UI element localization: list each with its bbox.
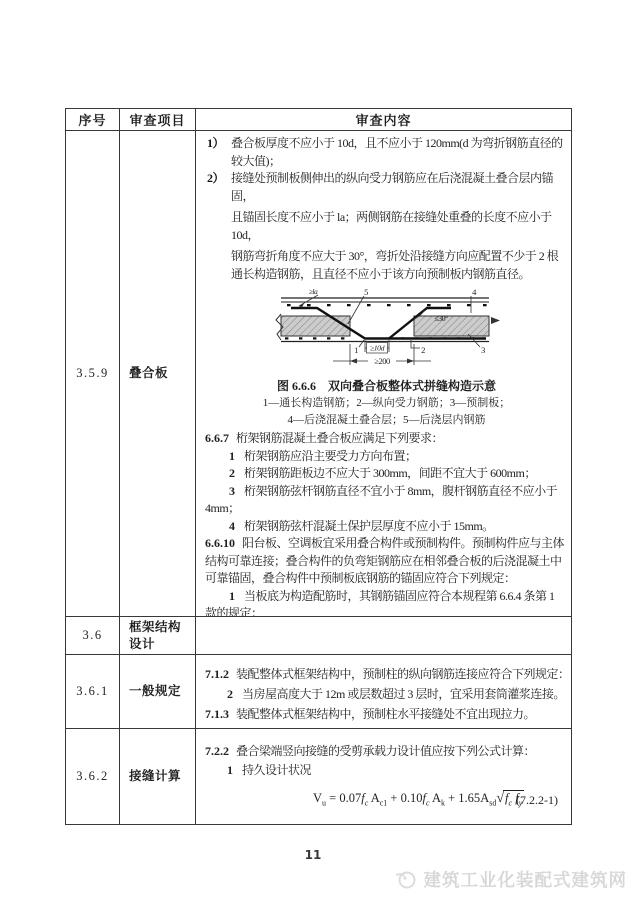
figure-caption: 图 6.6.6 双向叠合板整体式拼缝构造示意 <box>205 378 568 396</box>
clause-722-item: 1持久设计状况 <box>205 761 568 780</box>
item-number: 1 <box>227 763 233 777</box>
clause-item: 2桁架钢筋距板边不应大于 300mm，间距不宜大于 600mm； <box>205 465 568 483</box>
formula-term: A <box>368 791 379 805</box>
row-359-no: 3.5.9 <box>66 131 120 617</box>
clause-item: 4桁架钢筋弦杆混凝土保护层厚度不应小于 15mm。 <box>205 518 568 536</box>
review-table: 序号 审查项目 审查内容 3.5.9 叠合板 1） 叠合板厚度不应小于 10d，… <box>65 108 572 825</box>
topping-rebar-dots <box>287 304 487 306</box>
dim200-arrow-right <box>407 359 414 364</box>
item-text: 持久设计状况 <box>242 763 311 777</box>
clause-text: 叠合梁端竖向接缝的受剪承载力设计值应按下列公式计算： <box>236 744 535 758</box>
header-col-content: 审查内容 <box>196 109 572 131</box>
item-number: 2 <box>227 687 233 701</box>
clause-number: 7.1.2 <box>205 667 229 681</box>
clause-item: 1当板底为构造配筋时，其钢筋锚固应符合本规程第 6.6.4 条第 1 款的规定； <box>205 588 568 618</box>
item-text: 桁架钢筋应沿主要受力方向布置； <box>244 449 417 463</box>
item-text: 桁架钢筋弦杆混凝土保护层厚度不应小于 15mm。 <box>244 519 494 533</box>
formula-term: = 0.07 <box>326 791 361 805</box>
list-item-number: 1） <box>205 135 231 170</box>
list-item-text: 接缝处预制板侧伸出的纵向受力钢筋应在后浇混凝土叠合层内锚固， 且锚固长度不应小于… <box>231 170 568 283</box>
watermark: 建筑工业化装配式建筑网 <box>394 867 628 892</box>
formula-line: Vu = 0.07fc Ac1 + 0.10fc Ak + 1.65Asd√fc… <box>205 789 568 811</box>
row-362-item: 接缝计算 <box>120 729 196 825</box>
clause-item: 1桁架钢筋应沿主要受力方向布置； <box>205 448 568 466</box>
row-36-content <box>196 617 572 655</box>
row-362-no: 3.6.2 <box>66 729 120 825</box>
list-item-text: 叠合板厚度不应小于 10d，且不应小于 120mm(d 为弯折钢筋直径的较大值)… <box>231 135 568 170</box>
shear-capacity-formula: Vu = 0.07fc Ac1 + 0.10fc Ak + 1.65Asd√fc… <box>313 789 524 813</box>
figure-legend-line1: 1—通长构造钢筋；2—纵向受力钢筋；3—预制板； <box>205 395 568 412</box>
header-no-label: 序号 <box>78 110 106 129</box>
watermark-logo-icon <box>394 869 418 891</box>
continuation-arrow <box>491 317 500 324</box>
dim10d-label: ≥10d <box>370 344 385 353</box>
header-item-label: 审查项目 <box>129 110 185 129</box>
formula-term: + 0.10 <box>387 791 422 805</box>
label-3: 3 <box>481 345 485 355</box>
label-5-leader <box>348 296 364 324</box>
row-36-item: 框架结构设计 <box>120 617 196 655</box>
clause-number: 6.6.10 <box>205 536 235 550</box>
item-number: 2 <box>229 466 235 480</box>
joint-detail-figure: ≥la 5 4 ≤30° ≥10d 1 <box>205 286 568 428</box>
section-6610-paragraph: 6.6.10阳台板、空调板宜采用叠合构件或预制构件。预制构件应与主体结构可靠连接… <box>205 535 568 588</box>
watermark-text: 建筑工业化装配式建筑网 <box>424 867 628 892</box>
row-361-content: 7.1.2装配整体式框架结构中，预制柱的纵向钢筋连接应符合下列规定： 2当房屋高… <box>196 655 572 729</box>
anchorage-length-label: ≥la <box>308 287 317 296</box>
page-number: 11 <box>0 848 626 862</box>
clause-text: 装配整体式框架结构中，预制柱水平接缝处不宜出现拉力。 <box>236 707 535 721</box>
clause-text: 装配整体式框架结构中，预制柱的纵向钢筋连接应符合下列规定： <box>236 667 570 681</box>
header-content-label: 审查内容 <box>355 110 411 129</box>
item-text: 桁架钢筋距板边不应大于 300mm，间距不宜大于 600mm； <box>244 466 536 480</box>
item-number: 1 <box>229 589 235 603</box>
item-text: 当房屋高度大于 12m 或层数超过 3 层时，宜采用套筒灌浆连接。 <box>242 687 565 701</box>
list-item-number: 2） <box>205 170 231 283</box>
label-1: 1 <box>354 345 358 355</box>
item-text: 当板底为构造配筋时，其钢筋锚固应符合本规程第 6.6.4 条第 1 款的规定； <box>205 589 555 618</box>
clause-number: 6.6.7 <box>205 431 229 445</box>
header-col-no: 序号 <box>66 109 120 131</box>
row-362-content: 7.2.2叠合梁端竖向接缝的受剪承载力设计值应按下列公式计算： 1持久设计状况 … <box>196 729 572 825</box>
precast-slab-left <box>281 316 350 336</box>
section-667-heading: 6.6.7桁架钢筋混凝土叠合板应满足下列要求： <box>205 430 568 448</box>
clause-number: 7.2.2 <box>205 744 229 758</box>
clause-712: 7.1.2装配整体式框架结构中，预制柱的纵向钢筋连接应符合下列规定： <box>205 664 568 684</box>
paragraph-line: 且锚固长度不应小于 la；两侧钢筋在接缝处重叠的长度不应小于 10d， <box>231 209 568 244</box>
precast-slab-right <box>414 316 489 336</box>
row-361-item: 一般规定 <box>120 655 196 729</box>
dim200-label: ≥200 <box>374 356 390 366</box>
label-2: 2 <box>421 345 425 355</box>
item-number: 3 <box>229 484 235 498</box>
list-item: 2） 接缝处预制板侧伸出的纵向受力钢筋应在后浇混凝土叠合层内锚固， 且锚固长度不… <box>205 170 568 283</box>
clause-712-item: 2当房屋高度大于 12m 或层数超过 3 层时，宜采用套筒灌浆连接。 <box>205 684 568 704</box>
header-col-item: 审查项目 <box>120 109 196 131</box>
clause-title: 桁架钢筋混凝土叠合板应满足下列要求： <box>236 431 443 445</box>
item-number: 1 <box>229 449 235 463</box>
clause-text: 阳台板、空调板宜采用叠合构件或预制构件。预制构件应与主体结构可靠连接；叠合构件的… <box>205 536 564 585</box>
item-text: 桁架钢筋弦杆钢筋直径不宜小于 8mm，腹杆钢筋直径不应小于 4mm； <box>205 484 557 516</box>
clause-722: 7.2.2叠合梁端竖向接缝的受剪承载力设计值应按下列公式计算： <box>205 742 568 761</box>
slab-joint-diagram: ≥la 5 4 ≤30° ≥10d 1 <box>271 286 503 370</box>
label-5: 5 <box>364 287 368 297</box>
row-361-no: 3.6.1 <box>66 655 120 729</box>
label-4: 4 <box>472 287 477 297</box>
row-359-content: 1） 叠合板厚度不应小于 10d，且不应小于 120mm(d 为弯折钢筋直径的较… <box>196 131 572 617</box>
clause-number: 7.1.3 <box>205 707 229 721</box>
list-item: 1） 叠合板厚度不应小于 10d，且不应小于 120mm(d 为弯折钢筋直径的较… <box>205 135 568 170</box>
clause-item: 3桁架钢筋弦杆钢筋直径不宜小于 8mm，腹杆钢筋直径不应小于 4mm； <box>205 483 568 518</box>
formula-term: V <box>313 791 322 805</box>
angle-label: ≤30° <box>434 314 448 323</box>
item-number: 4 <box>229 519 235 533</box>
formula-term: A <box>480 791 489 805</box>
paragraph-line: 钢筋弯折角度不应大于 30°，弯折处沿接缝方向应配置不少于 2 根通长构造钢筋，… <box>231 248 568 283</box>
paragraph-line: 接缝处预制板侧伸出的纵向受力钢筋应在后浇混凝土叠合层内锚固， <box>231 170 568 205</box>
formula-reference: (7.2.2-1) <box>516 791 558 810</box>
figure-legend-line2: 4—后浇混凝土叠合层；5—后浇层内钢筋 <box>205 412 568 429</box>
row-359-item: 叠合板 <box>120 131 196 617</box>
clause-713: 7.1.3装配整体式框架结构中，预制柱水平接缝处不宜出现拉力。 <box>205 704 568 724</box>
formula-term: A <box>430 791 441 805</box>
dim200-arrow-left <box>350 359 357 364</box>
row-36-no: 3.6 <box>66 617 120 655</box>
formula-term: + 1.65 <box>445 791 480 805</box>
